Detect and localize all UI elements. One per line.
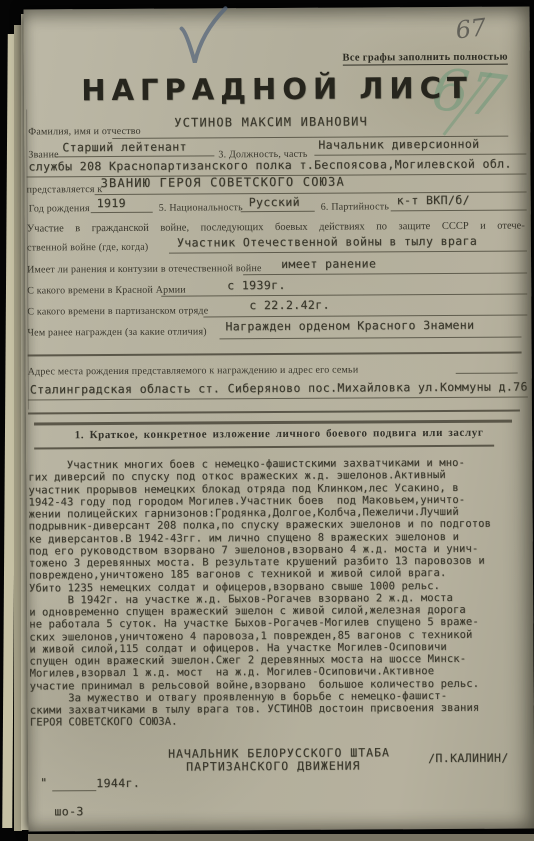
signature-name: /П.КАЛИНИН/ [428,751,509,765]
wounds-value: имеет ранение [281,256,376,271]
nominated-field-value: ЗВАНИЮ ГЕРОЯ СОВЕТСКОГО СОЮЗА [101,175,345,190]
rule [169,250,527,253]
party-label: 6. Партийность [321,201,389,212]
fill-all-fields-instruction: Все графы заполнить полностью [342,52,507,66]
party-value: к-т ВКП/б/ [397,193,470,207]
rule [54,155,214,157]
address-value: Сталинградская область ст. Сиберяново по… [30,379,528,396]
rule [161,293,527,296]
nationality-value: Русский [249,195,300,209]
wounds-label: Имеет ли ранения и контузии в отечествен… [27,263,262,275]
award-sheet-page: 67 67 Все графы заполнить полностью НАГР… [23,6,534,831]
partisan-since-label: С какого времени в партизанском отряде [27,305,208,317]
position-field-value-line2: службы 208 Краснопартизанского полка т.Б… [28,157,511,174]
previous-awards-value: Награжден орденом Красного Знамени [225,318,474,334]
nationality-label: 5. Национальность [159,202,243,214]
address-label: Адрес места рождения представляемого к н… [28,365,359,378]
date-year: 1944г. [96,776,140,790]
book-page-edge-bottom [28,834,534,841]
rule [52,790,96,791]
rule [456,373,518,374]
document-title: НАГРАДНОЙ ЛИСТ [24,70,530,107]
name-field-label: Фамилия, имя и отчество [28,126,141,138]
name-field-value: УСТИНОВ МАКСИМ ИВАНОВИЧ [174,114,368,129]
rule [28,396,528,400]
birth-year-label: Год рождения [29,203,90,214]
section-divider [34,445,494,450]
blue-checkmark-icon [171,2,233,74]
rule [220,337,522,340]
rule [314,153,526,155]
section-divider [28,352,522,357]
rank-field-value: Старший лейтенант [62,140,187,155]
feat-section-heading: 1. Краткое, конкретное изложение личного… [26,426,532,441]
signature-title-line2: ПАРТИЗАНСКОГО ДВИЖЕНИЯ [186,759,360,774]
section-divider [28,410,520,415]
previous-awards-label: Чем ранее награжден (за какие отличия) [27,326,206,338]
date-quote-mark: " [40,775,47,789]
nominated-field-label: представляется к [27,184,103,195]
birth-year-value: 1919 [97,196,126,210]
position-field-value: Начальник диверсионной [318,137,479,152]
scanned-award-document: 67 67 Все графы заполнить полностью НАГР… [0,0,534,841]
war-participation-label-line2: ственной войне (где, когда) [27,242,149,254]
rule [391,209,527,211]
feat-description-text: Участник многих боев с немецко-фашистски… [28,457,526,730]
rule [241,211,315,212]
footer-code: шо-3 [54,804,83,818]
war-participation-value: Участник Отечественной войны в тылу враг… [177,234,477,250]
rule [203,314,527,317]
red-army-since-value: с 1939г. [227,278,286,292]
rule [243,272,527,275]
partisan-since-value: с 22.2.42г. [249,298,330,312]
section-divider [34,420,512,425]
handwritten-page-number: 67 [454,13,487,44]
war-participation-label-line1: Участие в гражданской войне, последующих… [27,220,525,234]
rule [91,212,153,213]
